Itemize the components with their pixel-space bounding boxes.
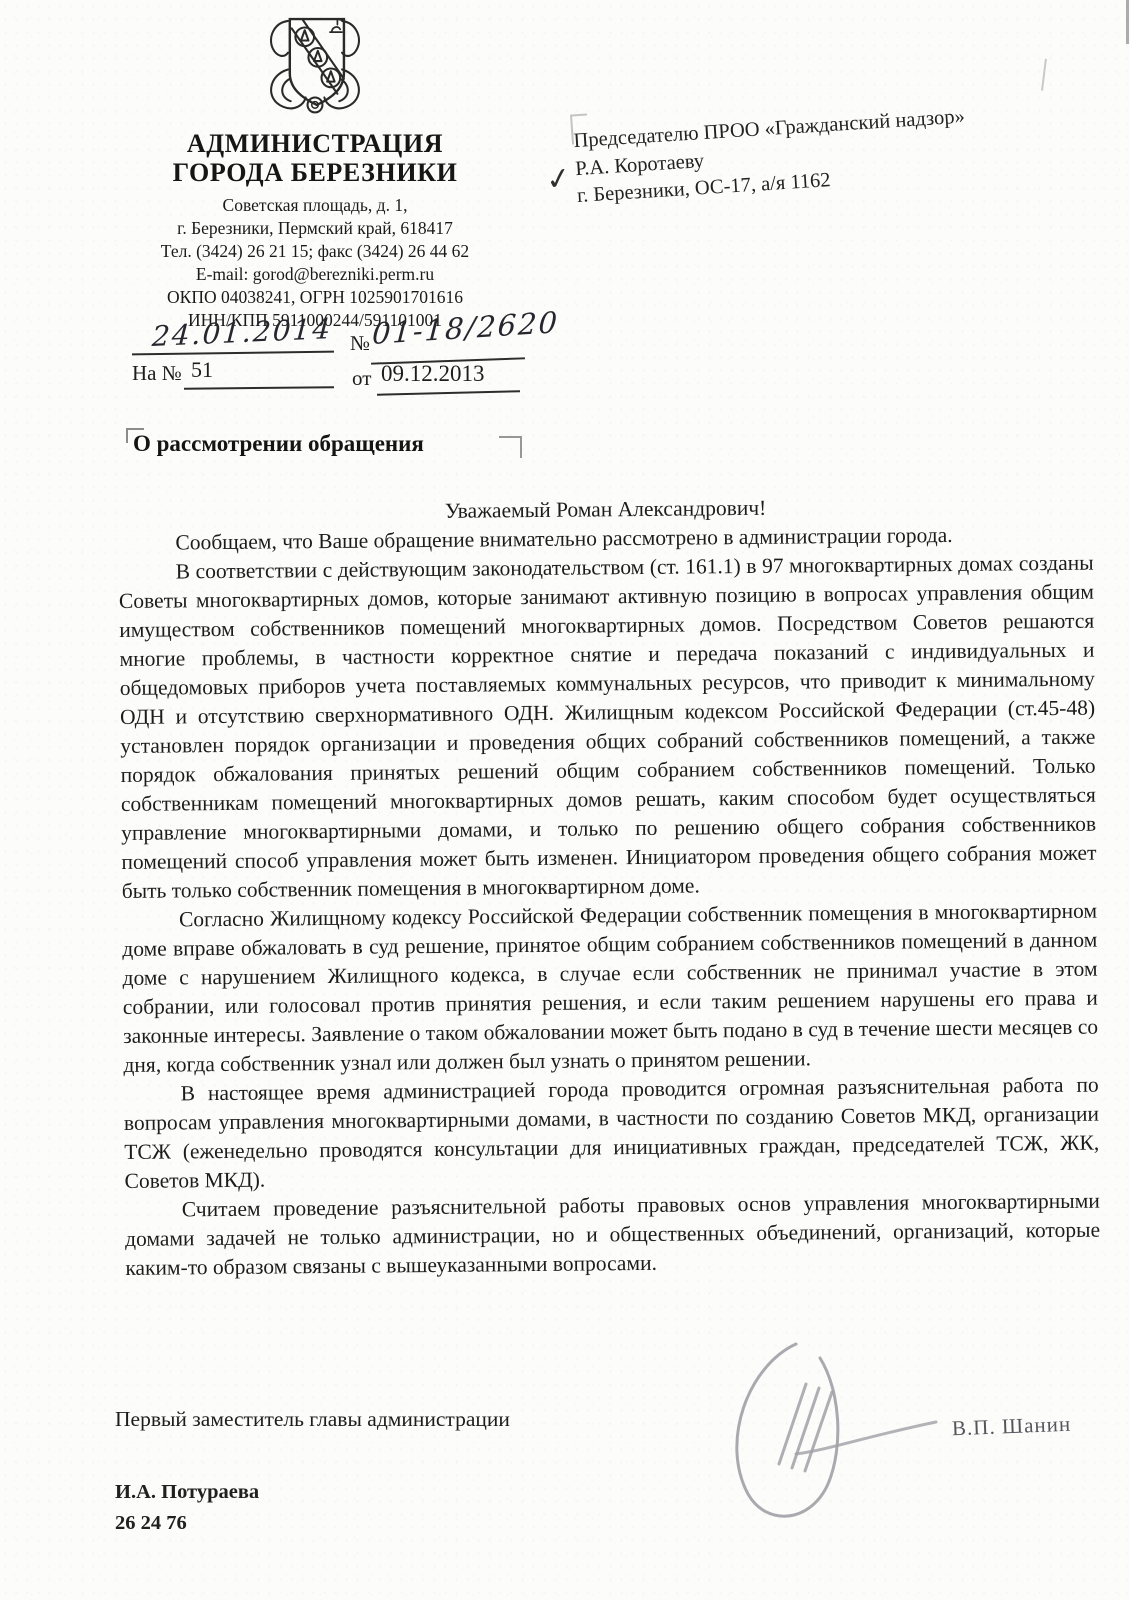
letterhead-email: E-mail: gorod@berezniki.perm.ru bbox=[110, 263, 520, 286]
body-paragraph-4: В настоящее время администрацией города … bbox=[124, 1071, 1100, 1196]
org-name-line1: АДМИНИСТРАЦИЯ bbox=[110, 129, 520, 158]
reply-to-label: На № bbox=[132, 361, 182, 386]
number-label: № bbox=[350, 331, 370, 356]
body-paragraph-3: Согласно Жилищному кодексу Российской Фе… bbox=[122, 897, 1099, 1080]
letterhead-phone: Тел. (3424) 26 21 15; факс (3424) 26 44 … bbox=[110, 240, 520, 263]
reply-to-number: 51 bbox=[191, 357, 213, 383]
body-paragraph-5: Считаем проведение разъяснительной работ… bbox=[125, 1187, 1101, 1283]
corner-mark-right bbox=[499, 436, 522, 458]
letterhead-city: г. Березники, Пермский край, 618417 bbox=[110, 217, 520, 240]
checkmark-icon: ✓ bbox=[543, 160, 574, 199]
org-name-line2: ГОРОДА БЕРЕЗНИКИ bbox=[110, 158, 520, 187]
signature-scribble bbox=[678, 1332, 950, 1540]
scanned-letter-page: АДМИНИСТРАЦИЯ ГОРОДА БЕРЕЗНИКИ Советская… bbox=[0, 0, 1130, 1600]
letter-body: Уважаемый Роман Александрович! Сообщаем,… bbox=[118, 491, 1100, 1283]
scan-edge-artifact bbox=[1126, 0, 1129, 44]
signoff-name: В.П. Шанин bbox=[952, 1412, 1072, 1442]
letterhead-okpo-ogrn: ОКПО 04038241, ОГРН 1025901701616 bbox=[110, 286, 520, 309]
corner-mark-addressee-right bbox=[1029, 57, 1047, 90]
executor-name: И.А. Потураева bbox=[115, 1481, 259, 1504]
signoff-position: Первый заместитель главы администрации bbox=[115, 1407, 510, 1432]
reply-number-underline bbox=[184, 386, 334, 390]
handwritten-date: 24.01.2014 bbox=[151, 312, 333, 353]
coat-of-arms-emblem bbox=[259, 6, 371, 118]
executor-phone: 26 24 76 bbox=[115, 1512, 187, 1535]
body-paragraph-2: В соответствии с действующим законодател… bbox=[119, 549, 1097, 906]
subject-line: О рассмотрении обращения bbox=[133, 431, 424, 457]
reply-date: 09.12.2013 bbox=[381, 361, 485, 387]
addressee-block: Председателю ПРОО «Гражданский надзор» Р… bbox=[573, 94, 1122, 211]
letterhead-street: Советская площадь, д. 1, bbox=[110, 194, 520, 217]
letterhead: АДМИНИСТРАЦИЯ ГОРОДА БЕРЕЗНИКИ Советская… bbox=[110, 6, 520, 332]
reply-date-label: от bbox=[352, 366, 371, 391]
reply-date-underline bbox=[377, 390, 520, 395]
